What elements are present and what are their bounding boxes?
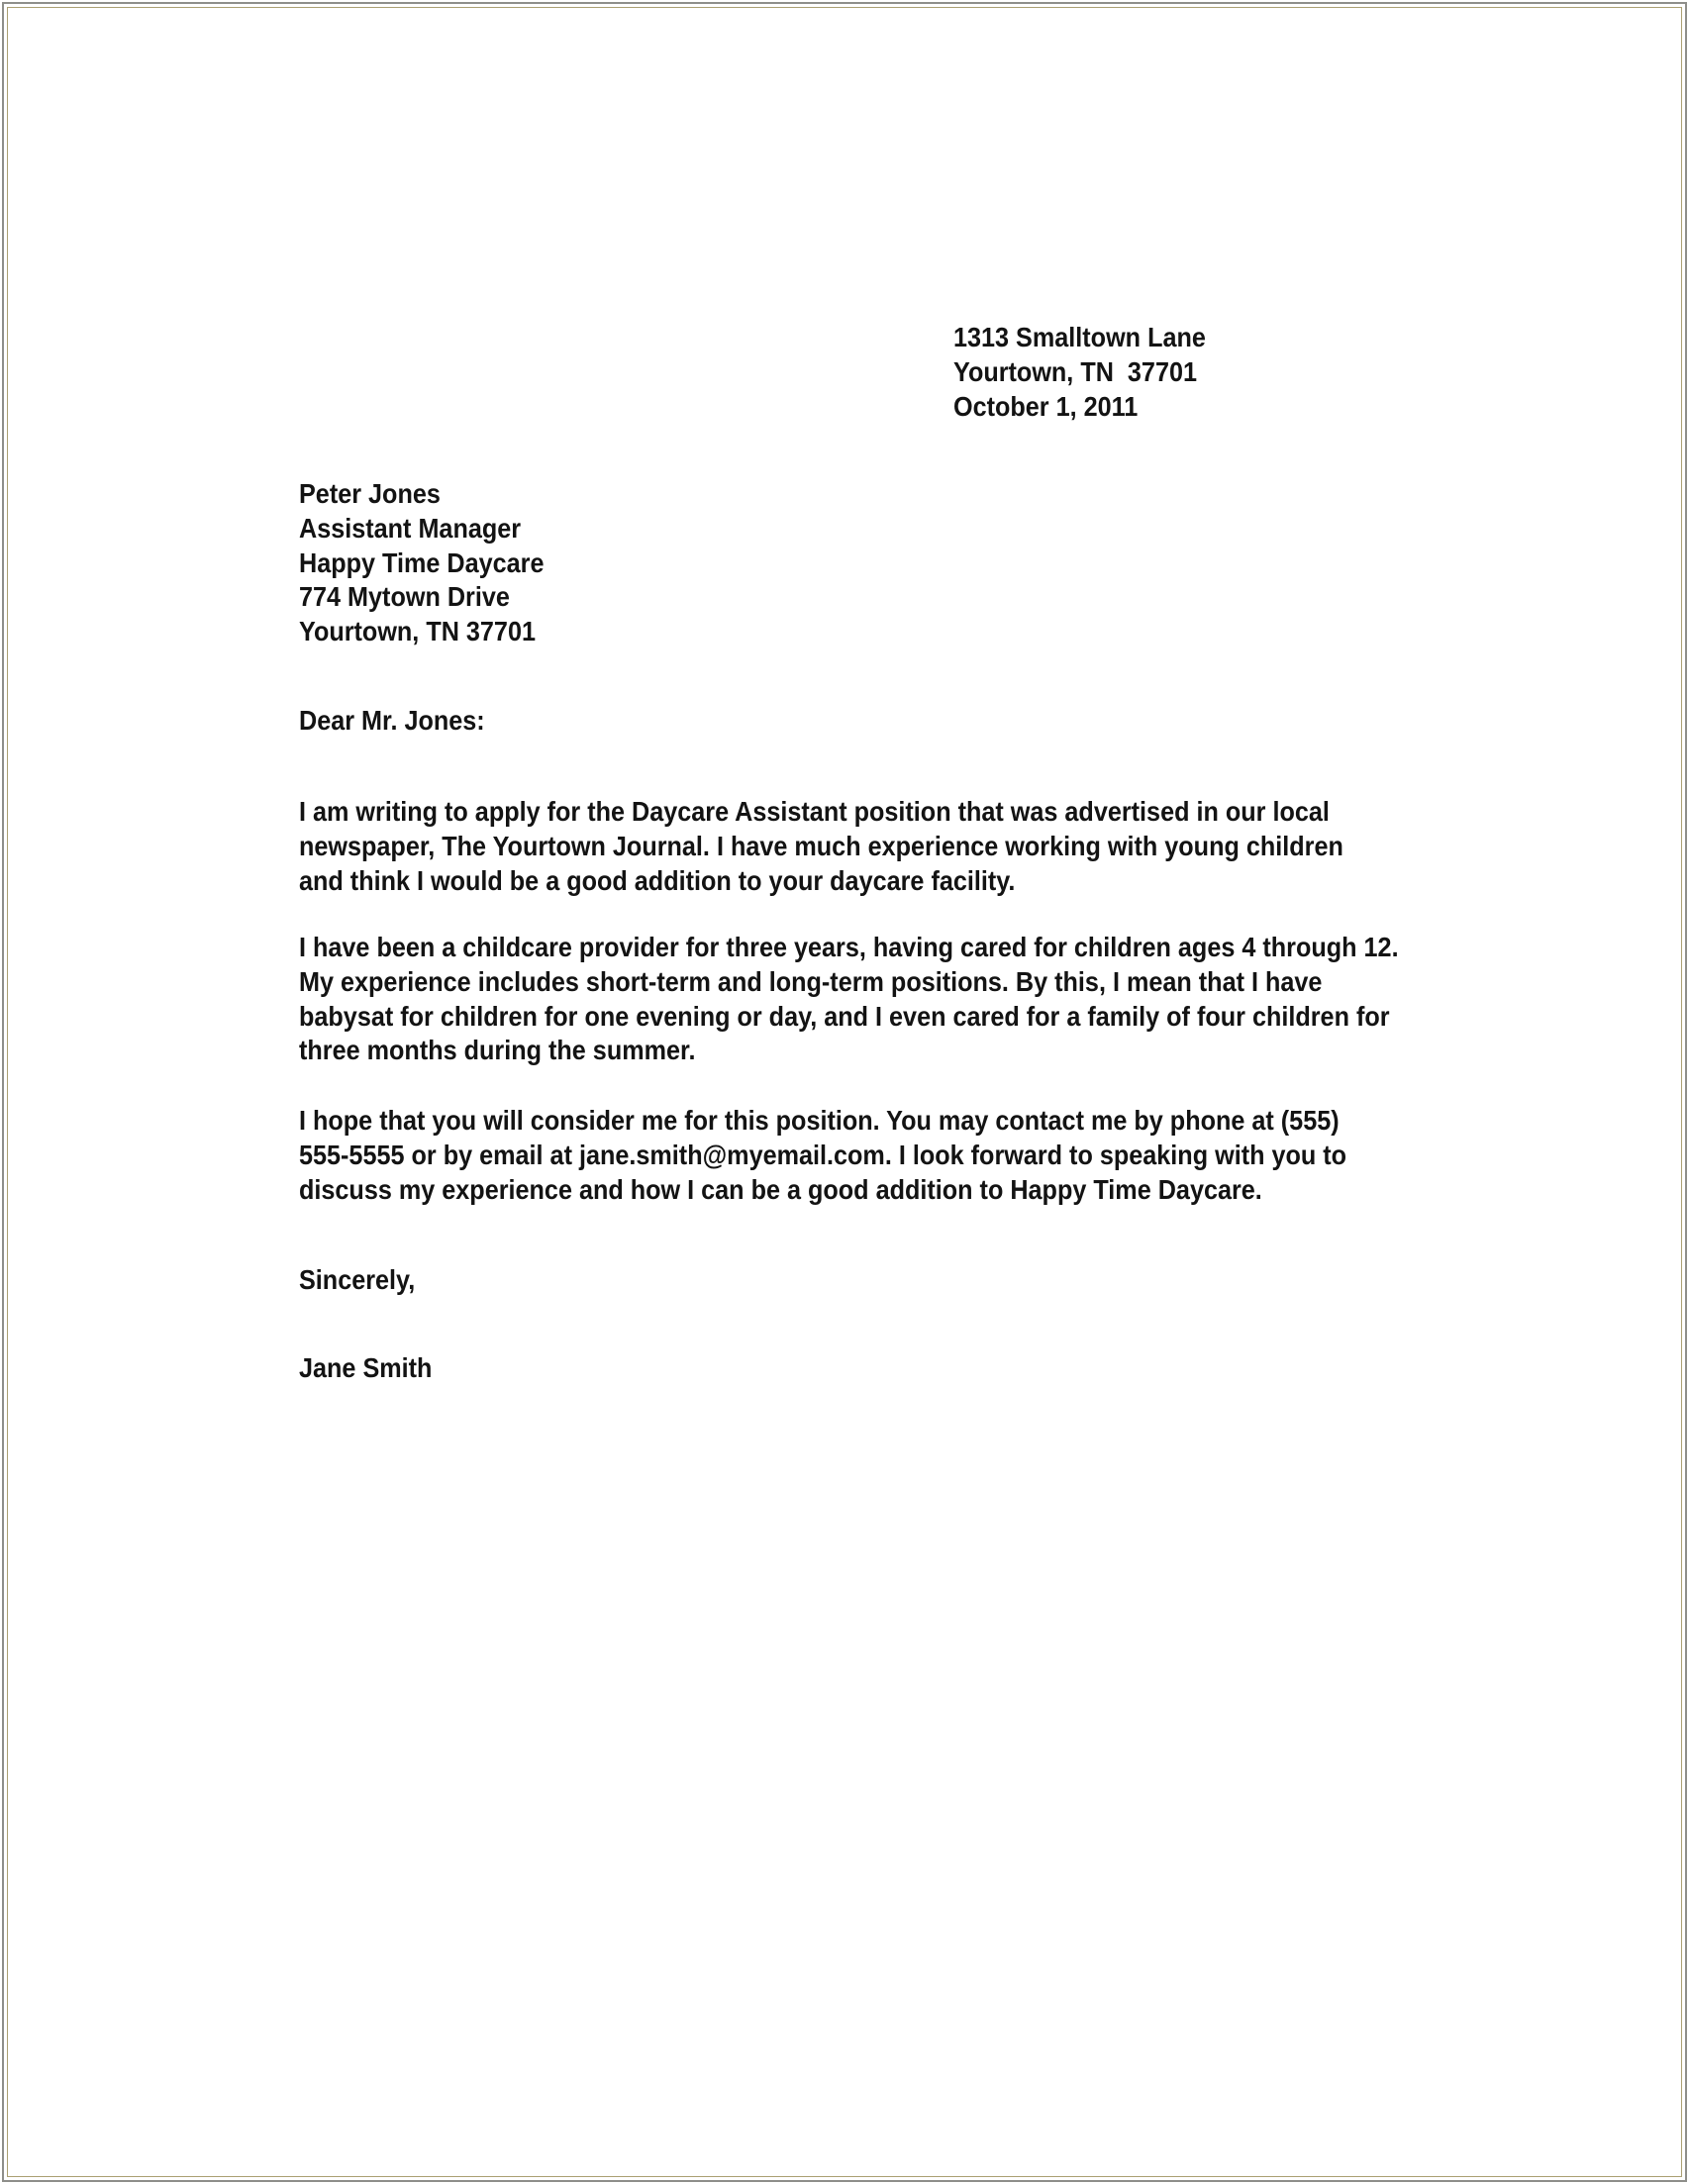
- body-paragraph-1: I am writing to apply for the Daycare As…: [299, 795, 1343, 898]
- signature-name: Jane Smith: [299, 1351, 432, 1386]
- page-border-outer: [2, 2, 1687, 2182]
- closing: Sincerely,: [299, 1263, 415, 1298]
- recipient-address-block: Peter Jones Assistant Manager Happy Time…: [299, 477, 544, 649]
- body-paragraph-3: I hope that you will consider me for thi…: [299, 1104, 1346, 1207]
- sender-address-block: 1313 Smalltown Lane Yourtown, TN 37701 O…: [953, 321, 1206, 424]
- page-border-inner: [7, 7, 1682, 2177]
- body-paragraph-2: I have been a childcare provider for thr…: [299, 931, 1399, 1068]
- salutation: Dear Mr. Jones:: [299, 704, 485, 739]
- letter-page: 1313 Smalltown Lane Yourtown, TN 37701 O…: [0, 0, 1689, 2184]
